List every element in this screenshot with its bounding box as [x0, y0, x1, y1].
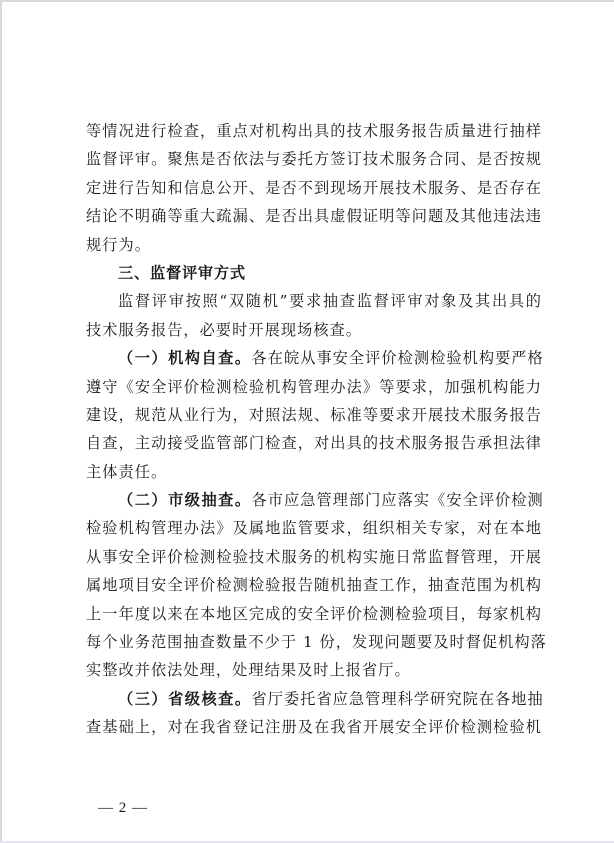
- text-line: 定进行告知和信息公开、是否不到现场开展技术服务、是否存在: [86, 174, 542, 202]
- text-line: 建设，规范从业行为，对照法规、标准等要求开展技术服务报告: [86, 401, 542, 429]
- text-line: 等情况进行检查，重点对机构出具的技术服务报告质量进行抽样: [86, 117, 542, 145]
- text-line: 上一年度以来在本地区完成的安全评价检测检验项目，每家机构: [86, 600, 542, 628]
- text-line: 主体责任。: [86, 458, 542, 486]
- text-line: 检验机构管理办法》及属地监管要求，组织相关专家，对在本地: [86, 514, 542, 542]
- text-line: 查基础上，对在我省登记注册及在我省开展安全评价检测检验机: [86, 713, 542, 741]
- text-line: 实整改并依法处理，处理结果及时上报省厅。: [86, 656, 542, 684]
- section-heading: 三、监督评审方式: [86, 259, 542, 287]
- item-text: 省厅委托省应急管理科学研究院在各地抽: [252, 690, 544, 708]
- text-line: 从事安全评价检测检验技术服务的机构实施日常监督管理，开展: [86, 543, 542, 571]
- text-line: 技术服务报告，必要时开展现场核查。: [86, 316, 542, 344]
- text-line: 监督评审按照“双随机”要求抽查监督评审对象及其出具的: [86, 287, 542, 315]
- page-body: 等情况进行检查，重点对机构出具的技术服务报告质量进行抽样 监督评审。聚焦是否依法…: [86, 117, 542, 742]
- text-line: 自查，主动接受监管部门检查，对出具的技术服务报告承担法律: [86, 429, 542, 457]
- item-first-line: （一）机构自查。各在皖从事安全评价检测检验机构要严格: [86, 344, 542, 372]
- text-line: 监督评审。聚焦是否依法与委托方签订技术服务合同、是否按规: [86, 145, 542, 173]
- page-number: — 2 —: [98, 800, 148, 817]
- text-line: 遵守《安全评价检测检验机构管理办法》等要求，加强机构能力: [86, 373, 542, 401]
- text-line: 规行为。: [86, 231, 542, 259]
- text-line: 每个业务范围抽查数量不少于 1 份，发现问题要及时督促机构落: [86, 628, 542, 656]
- item-first-line: （三）省级核查。省厅委托省应急管理科学研究院在各地抽: [86, 685, 542, 713]
- item-first-line: （二）市级抽查。各市应急管理部门应落实《安全评价检测: [86, 486, 542, 514]
- item-lead-bold: （二）市级抽查。: [118, 491, 252, 509]
- item-text: 各在皖从事安全评价检测检验机构要严格: [252, 349, 544, 367]
- item-lead-bold: （三）省级核查。: [118, 690, 252, 708]
- item-text: 各市应急管理部门应落实《安全评价检测: [252, 491, 544, 509]
- text-line: 属地项目安全评价检测检验报告随机抽查工作，抽查范围为机构: [86, 571, 542, 599]
- text-line: 结论不明确等重大疏漏、是否出具虚假证明等问题及其他违法违: [86, 202, 542, 230]
- document-page: 等情况进行检查，重点对机构出具的技术服务报告质量进行抽样 监督评审。聚焦是否依法…: [0, 0, 614, 843]
- item-lead-bold: （一）机构自查。: [118, 349, 252, 367]
